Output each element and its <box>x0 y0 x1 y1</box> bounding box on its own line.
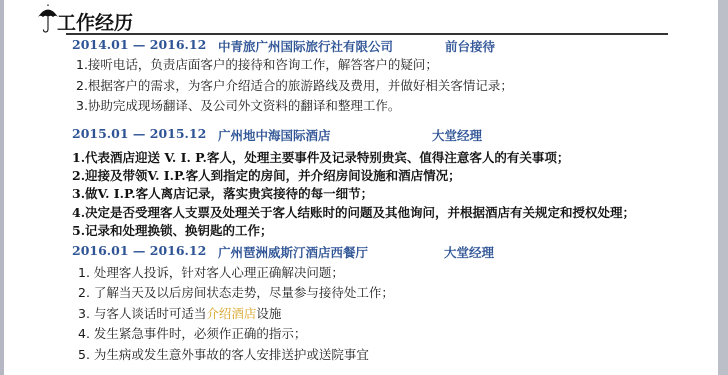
duty-item: 2.根据客户的需求，为客户介绍适合的旅游路线及费用，并做好相关客情记录； <box>76 76 513 94</box>
section-title: 工作经历 <box>57 8 133 35</box>
umbrella-icon <box>37 4 59 34</box>
duty-item: 3.做V. I.P.客人离店记录，落实贵宾接待的每一细节； <box>72 184 373 202</box>
duty-item: 1.接听电话，负责店面客户的接待和咨询工作，解答客户的疑问； <box>76 55 438 73</box>
duty-item: 3.协助完成现场翻译、及公司外文资料的翻译和整理工作。 <box>76 96 400 114</box>
duty-item: 2.迎接及带领V. I.P.客人到指定的房间，并介绍房间设施和酒店情况； <box>72 166 461 184</box>
duty-item: 5.记录和处理换锁、换钥匙的工作； <box>72 221 273 239</box>
job-company: 广州琶洲威斯汀酒店西餐厅 <box>218 243 368 261</box>
duty-item: 2. 了解当天及以后房间状态走势，尽量参与接待处工作； <box>78 283 394 301</box>
title-divider <box>66 33 668 35</box>
job-role: 大堂经理 <box>444 243 494 261</box>
job-header: 2016.01 — 2016.12 广州琶洲威斯汀酒店西餐厅 大堂经理 <box>72 243 692 261</box>
job-company: 中青旅广州国际旅行社有限公司 <box>218 37 393 55</box>
page-edge-left <box>0 0 4 375</box>
job-role: 大堂经理 <box>432 126 482 144</box>
job-role: 前台接待 <box>445 37 495 55</box>
duty-item: 1. 处理客人投诉，针对客人心理正确解决问题； <box>78 263 344 281</box>
duty-text: 设施 <box>256 306 281 321</box>
job-header: 2014.01 — 2016.12 中青旅广州国际旅行社有限公司 前台接待 <box>72 37 692 55</box>
duty-text: 3. 与客人谈话时可适当 <box>78 306 206 321</box>
duty-item: 1.代表酒店迎送 V. I. P.客人，处理主要事件及记录特别贵宾、值得注意客人… <box>72 148 569 166</box>
highlighted-text: 介绍酒店 <box>206 306 256 321</box>
duty-item: 4. 发生紧急事件时，必须作正确的指示； <box>78 324 306 342</box>
duty-item: 5. 为生病或发生意外事故的客人安排送护或送院事宜 <box>78 345 369 363</box>
duty-item: 3. 与客人谈话时可适当介绍酒店设施 <box>78 304 281 322</box>
job-period: 2014.01 — 2016.12 <box>72 37 206 52</box>
job-header: 2015.01 — 2015.12 广州地中海国际酒店 大堂经理 <box>72 126 692 144</box>
job-period: 2016.01 — 2016.12 <box>72 243 206 258</box>
job-period: 2015.01 — 2015.12 <box>72 126 206 141</box>
scrollbar-right[interactable] <box>718 0 728 375</box>
duty-item: 4.决定是否受理客人支票及处理关于客人结账时的问题及其他询问，并根据酒店有关规定… <box>72 203 635 221</box>
job-company: 广州地中海国际酒店 <box>218 126 331 144</box>
